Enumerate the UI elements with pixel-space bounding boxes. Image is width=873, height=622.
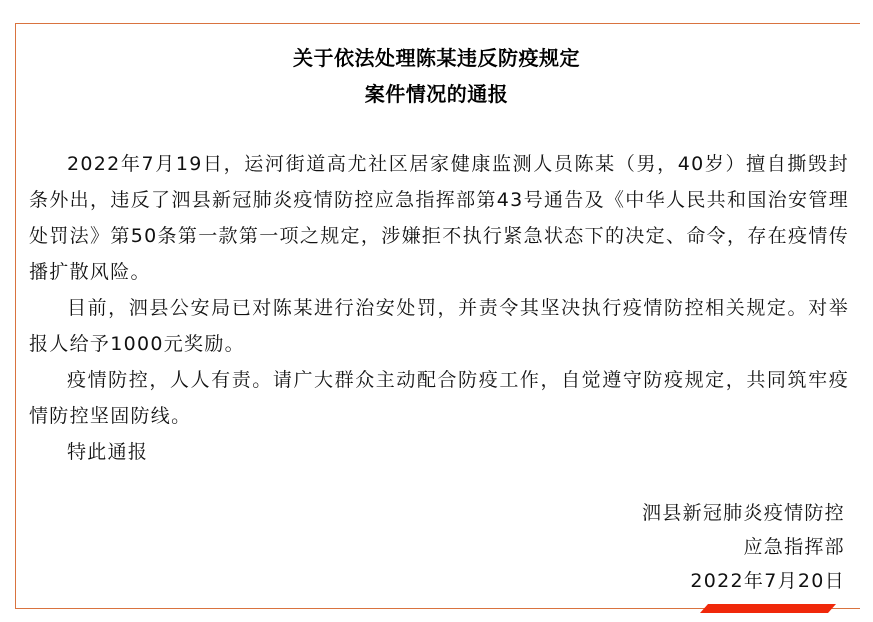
signature-org-line-2: 应急指挥部 bbox=[642, 530, 845, 564]
paragraph-appeal: 疫情防控，人人有责。请广大群众主动配合防疫工作，自觉遵守防疫规定，共同筑牢疫情防… bbox=[29, 362, 849, 434]
paragraph-incident: 2022年7月19日，运河街道高尤社区居家健康监测人员陈某（男，40岁）擅自撕毁… bbox=[29, 146, 849, 290]
document-title-line-2: 案件情况的通报 bbox=[0, 82, 873, 106]
signature-date: 2022年7月20日 bbox=[642, 564, 845, 598]
signature-block: 泗县新冠肺炎疫情防控 应急指挥部 2022年7月20日 bbox=[642, 496, 845, 598]
document-body: 2022年7月19日，运河街道高尤社区居家健康监测人员陈某（男，40岁）擅自撕毁… bbox=[29, 146, 849, 470]
signature-org-line-1: 泗县新冠肺炎疫情防控 bbox=[642, 496, 845, 530]
paragraph-closing: 特此通报 bbox=[29, 434, 849, 470]
decorative-accent-bar bbox=[700, 604, 836, 613]
document-title-line-1: 关于依法处理陈某违反防疫规定 bbox=[0, 46, 873, 70]
paragraph-penalty: 目前，泗县公安局已对陈某进行治安处罚，并责令其坚决执行疫情防控相关规定。对举报人… bbox=[29, 290, 849, 362]
